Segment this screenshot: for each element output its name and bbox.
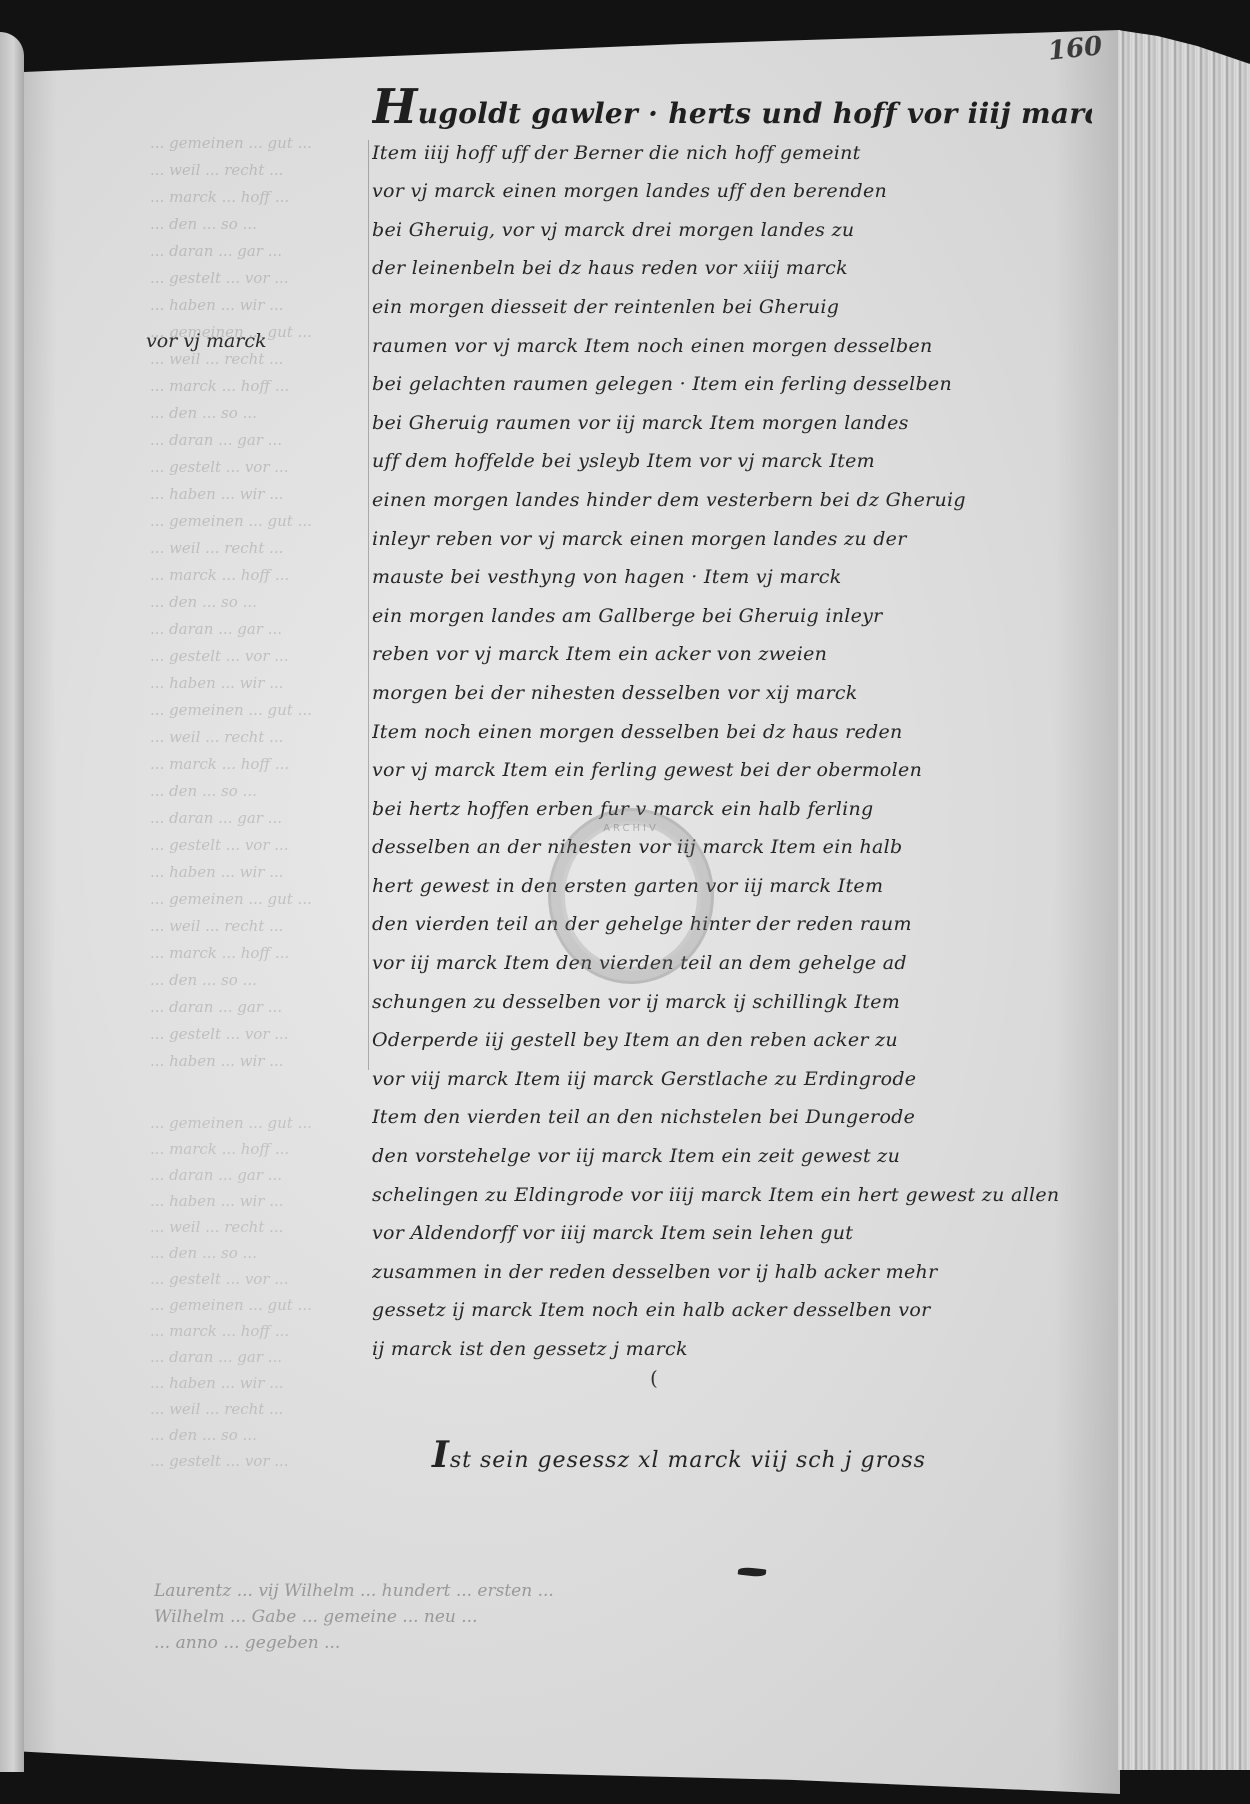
bleed-line: ... marck ... hoff ... [150, 751, 360, 778]
bleed-line: ... gemeinen ... gut ... [150, 130, 360, 157]
bleed-line: ... den ... so ... [150, 589, 360, 616]
bleed-line: ... gemeinen ... gut ... [150, 886, 360, 913]
bleed-line: ... marck ... hoff ... [150, 373, 360, 400]
faint-line: Wilhelm ... Gabe ... gemeine ... neu ... [154, 1604, 794, 1630]
bleed-line: ... weil ... recht ... [150, 913, 360, 940]
text-line: Oderperde iij gestell bey Item an den re… [372, 1021, 1092, 1060]
text-line: raumen vor vj marck Item noch einen morg… [372, 327, 1092, 366]
bracket-mark: ( [650, 1366, 658, 1390]
bleed-line: ... haben ... wir ... [150, 1370, 1110, 1396]
bleed-line: ... haben ... wir ... [150, 481, 360, 508]
bleed-line: ... daran ... gar ... [150, 616, 360, 643]
text-line: bei hertz hoffen erben fur v marck ein h… [372, 790, 1092, 829]
text-line: Item iiij hoff uff der Berner die nich h… [372, 134, 1092, 173]
text-line: der leinenbeln bei dz haus reden vor xii… [372, 249, 1092, 288]
bleed-line: ... gestelt ... vor ... [150, 643, 360, 670]
summary-total-line: Ist sein gesessz xl marck viij sch j gro… [432, 1434, 926, 1476]
text-line: uff dem hoffelde bei ysleyb Item vor vj … [372, 442, 1092, 481]
bleed-line: ... weil ... recht ... [150, 157, 360, 184]
faint-line: ... anno ... gegeben ... [154, 1630, 794, 1656]
text-line: schungen zu desselben vor ij marck ij sc… [372, 983, 1092, 1022]
text-line: Item noch einen morgen desselben bei dz … [372, 713, 1092, 752]
bleed-line: ... daran ... gar ... [150, 994, 360, 1021]
text-line: reben vor vj marck Item ein acker von zw… [372, 635, 1092, 674]
text-line: vor Aldendorff vor iiij marck Item sein … [372, 1214, 1092, 1253]
text-line: bei gelachten raumen gelegen · Item ein … [372, 365, 1092, 404]
faint-bottom-notes: Laurentz ... vij Wilhelm ... hundert ...… [154, 1578, 794, 1656]
text-line: zusammen in der reden desselben vor ij h… [372, 1253, 1092, 1292]
bleed-line: ... den ... so ... [150, 400, 360, 427]
bleed-line: ... haben ... wir ... [150, 292, 360, 319]
text-line: einen morgen landes hinder dem vesterber… [372, 481, 1092, 520]
bleed-line: ... haben ... wir ... [150, 1048, 360, 1075]
text-line: vor vj marck einen morgen landes uff den… [372, 172, 1092, 211]
margin-rule-line [368, 140, 369, 1070]
text-line: ij marck ist den gessetz j marck [372, 1330, 1092, 1369]
bleed-line: ... daran ... gar ... [150, 238, 360, 265]
page-stack-edges [1118, 30, 1250, 1770]
bleed-line: ... gestelt ... vor ... [150, 832, 360, 859]
bleed-line: ... gestelt ... vor ... [150, 454, 360, 481]
archive-stamp-icon: ARCHIV [548, 808, 714, 984]
text-line: vor iij marck Item den vierden teil an d… [372, 944, 1092, 983]
bleed-line: ... daran ... gar ... [150, 805, 360, 832]
text-line: bei Gheruig raumen vor iij marck Item mo… [372, 404, 1092, 443]
margin-note: vor vj marck [146, 330, 267, 352]
previous-page-edge [0, 32, 24, 1772]
bleed-line: ... weil ... recht ... [150, 535, 360, 562]
text-line: vor viij marck Item iij marck Gerstlache… [372, 1060, 1092, 1099]
text-line: mauste bei vesthyng von hagen · Item vj … [372, 558, 1092, 597]
manuscript-body: Hugoldt gawler · herts und hoff vor iiij… [372, 88, 1092, 1369]
text-line: bei Gheruig, vor vj marck drei morgen la… [372, 211, 1092, 250]
text-line: hert gewest in den ersten garten vor iij… [372, 867, 1092, 906]
text-line: gessetz ij marck Item noch ein halb acke… [372, 1291, 1092, 1330]
bleed-line: ... gestelt ... vor ... [150, 1021, 360, 1048]
bleed-line: ... gemeinen ... gut ... [150, 697, 360, 724]
text-line: morgen bei der nihesten desselben vor xi… [372, 674, 1092, 713]
bleed-line: ... marck ... hoff ... [150, 184, 360, 211]
text-line: desselben an der nihesten vor iij marck … [372, 828, 1092, 867]
bleed-line: ... den ... so ... [150, 778, 360, 805]
faint-line: Laurentz ... vij Wilhelm ... hundert ...… [154, 1578, 794, 1604]
bleed-line: ... daran ... gar ... [150, 427, 360, 454]
folio-number: 160 [1047, 31, 1104, 67]
bleed-line: ... haben ... wir ... [150, 859, 360, 886]
text-line: den vierden teil an der gehelge hinter d… [372, 905, 1092, 944]
text-line: inleyr reben vor vj marck einen morgen l… [372, 520, 1092, 559]
bleed-line: ... marck ... hoff ... [150, 562, 360, 589]
bleed-line: ... weil ... recht ... [150, 724, 360, 751]
text-line: ein morgen diesseit der reintenlen bei G… [372, 288, 1092, 327]
bleed-through-margin-text: ... gemeinen ... gut ... ... weil ... re… [150, 130, 360, 1075]
bleed-line: ... weil ... recht ... [150, 1396, 1110, 1422]
text-line: schelingen zu Eldingrode vor iiij marck … [372, 1176, 1092, 1215]
text-line: ein morgen landes am Gallberge bei Gheru… [372, 597, 1092, 636]
text-line: vor vj marck Item ein ferling gewest bei… [372, 751, 1092, 790]
bleed-line: ... gemeinen ... gut ... [150, 508, 360, 535]
stamp-label: ARCHIV [551, 823, 711, 834]
bleed-line: ... marck ... hoff ... [150, 940, 360, 967]
text-line: Item den vierden teil an den nichstelen … [372, 1098, 1092, 1137]
text-line: den vorstehelge vor iij marck Item ein z… [372, 1137, 1092, 1176]
bleed-line: ... gestelt ... vor ... [150, 265, 360, 292]
bleed-line: ... den ... so ... [150, 967, 360, 994]
entry-heading: Hugoldt gawler · herts und hoff vor iiij… [372, 88, 1092, 134]
bleed-line: ... haben ... wir ... [150, 670, 360, 697]
bleed-line: ... den ... so ... [150, 211, 360, 238]
